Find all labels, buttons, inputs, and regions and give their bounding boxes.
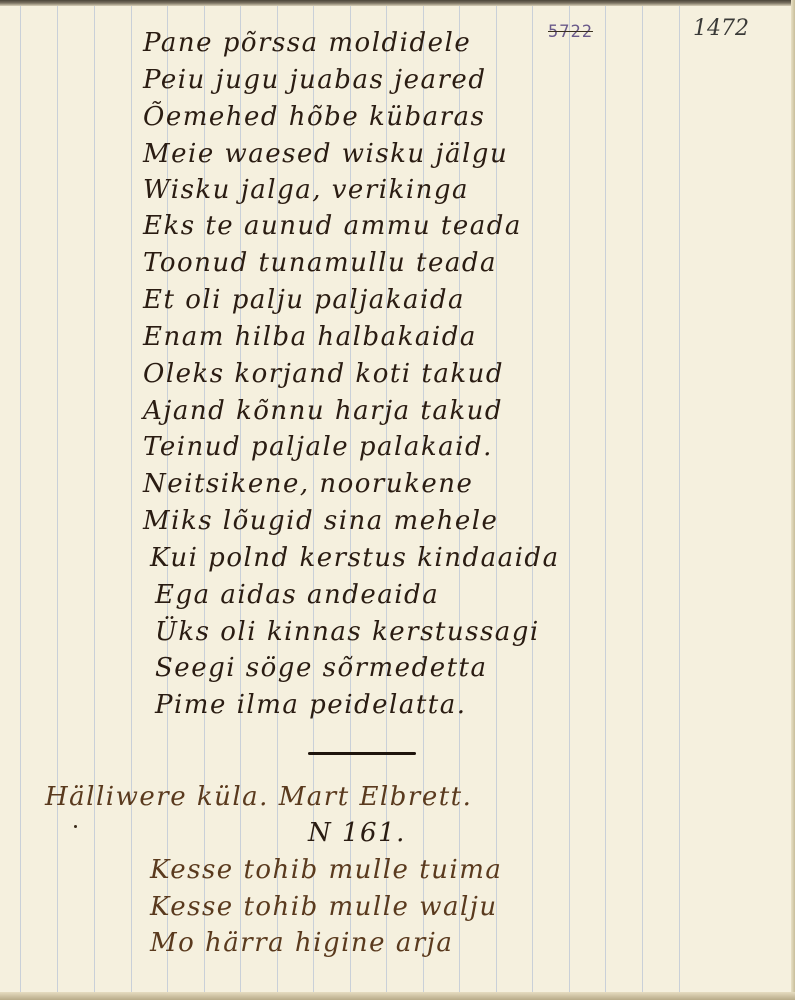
verse-line: Pane põrssa moldidele	[143, 28, 471, 58]
verse-line: Seegi söge sõrmedetta	[155, 653, 488, 683]
ruled-line	[679, 6, 680, 992]
verse-line: Peiu jugu juabas jeared	[143, 65, 486, 95]
verse-line: Kesse tohib mulle walju	[150, 892, 498, 922]
page-top-edge	[0, 0, 795, 6]
ruled-line	[605, 6, 606, 992]
section-separator	[308, 752, 416, 755]
verse-line: Õemehed hõbe kübaras	[143, 102, 485, 132]
ruled-line	[131, 6, 132, 992]
ruled-line	[569, 6, 570, 992]
verse-line: Kui polnd kerstus kindaaida	[150, 543, 560, 573]
verse-line: Mo härra higine arja	[150, 928, 453, 958]
verse-line: Üks oli kinnas kerstussagi	[155, 617, 540, 647]
manuscript-page: 5722 1472 Pane põrssa moldidele Peiu jug…	[0, 0, 795, 1000]
item-number: N 161.	[308, 818, 406, 848]
verse-line: Ega aidas andeaida	[155, 580, 439, 610]
ruled-line	[20, 6, 21, 992]
verse-line: Pime ilma peidelatta.	[155, 690, 467, 720]
verse-line: Ajand kõnnu harja takud	[143, 396, 503, 426]
source-line: Hälliwere küla. Mart Elbrett.	[45, 782, 472, 812]
verse-line: Et oli palju paljakaida	[143, 285, 465, 315]
verse-line: Toonud tunamullu teada	[143, 248, 497, 278]
verse-line: Enam hilba halbakaida	[143, 322, 477, 352]
ruled-line	[642, 6, 643, 992]
verse-line: Kesse tohib mulle tuima	[150, 855, 502, 885]
ruled-line	[94, 6, 95, 992]
page-number: 1472	[693, 16, 749, 41]
ink-dot	[74, 825, 77, 828]
page-bottom-edge	[0, 992, 795, 1000]
ruled-line	[57, 6, 58, 992]
verse-line: Miks lõugid sina mehele	[143, 506, 498, 536]
archive-number-struck: 5722	[548, 22, 593, 42]
page-right-edge	[791, 0, 795, 1000]
verse-line: Meie waesed wisku jälgu	[143, 139, 508, 169]
verse-line: Teinud paljale palakaid.	[143, 432, 493, 462]
verse-line: Eks te aunud ammu teada	[143, 211, 522, 241]
verse-line: Wisku jalga, verikinga	[143, 175, 469, 205]
verse-line: Oleks korjand koti takud	[143, 359, 504, 389]
ruled-line	[532, 6, 533, 992]
verse-line: Neitsikene, noorukene	[143, 469, 473, 499]
